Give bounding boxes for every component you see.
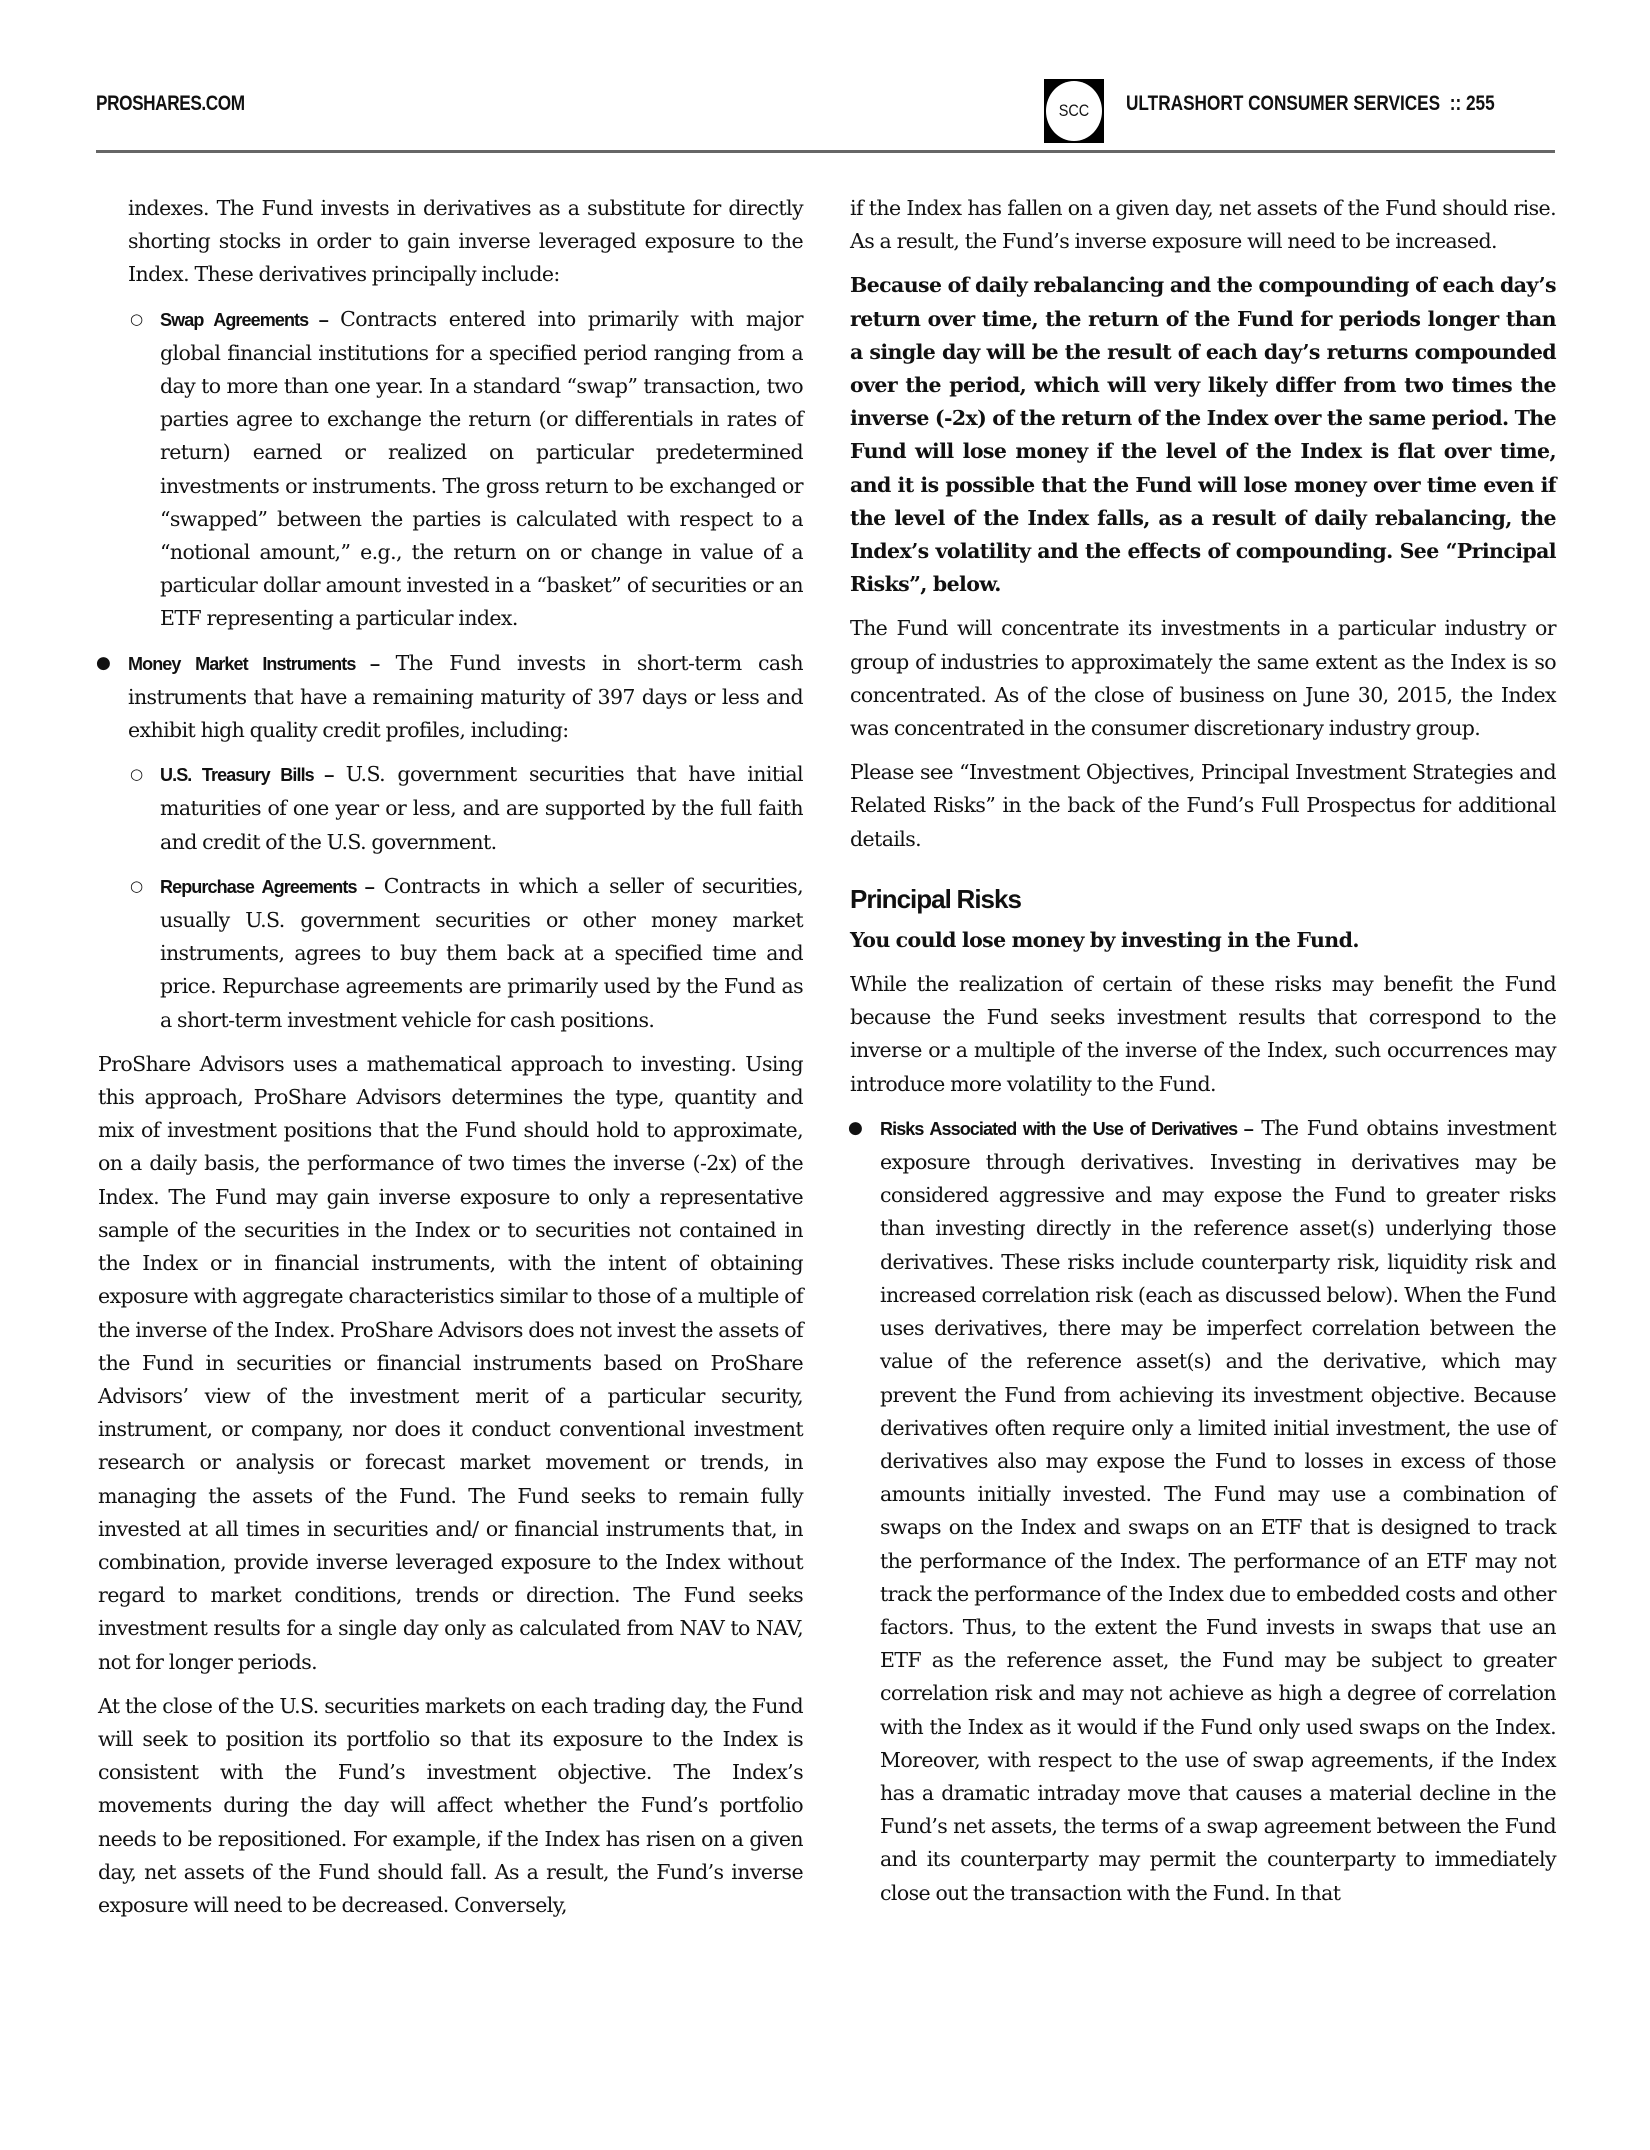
item-text: Contracts in which a seller of securitie… bbox=[160, 874, 803, 1032]
item-label: Money Market Instruments – bbox=[128, 654, 379, 674]
list-item-treasury-bills: ○ U.S. Treasury Bills – U.S. government … bbox=[98, 758, 803, 859]
header-divider bbox=[96, 150, 1555, 153]
compounding-warning: Because of daily rebalancing and the com… bbox=[850, 269, 1556, 601]
section-heading-principal-risks: Principal Risks bbox=[850, 882, 1556, 916]
advisors-paragraph: ProShare Advisors uses a mathematical ap… bbox=[98, 1048, 803, 1679]
item-label: Risks Associated with the Use of Derivat… bbox=[880, 1119, 1253, 1139]
ticker-label: SCC bbox=[1059, 101, 1090, 121]
hollow-bullet-icon: ○ bbox=[130, 758, 143, 791]
list-item-money-market: ● Money Market Instruments – The Fund in… bbox=[98, 647, 803, 748]
hollow-bullet-icon: ○ bbox=[130, 870, 143, 903]
item-text: The Fund obtains investment exposure thr… bbox=[880, 1116, 1556, 1905]
title-separator: :: bbox=[1450, 92, 1461, 115]
ticker-circle-icon: SCC bbox=[1046, 81, 1102, 141]
left-column: indexes. The Fund invests in derivatives… bbox=[98, 192, 803, 1933]
page-number: 255 bbox=[1466, 92, 1495, 115]
hollow-bullet-icon: ○ bbox=[130, 303, 143, 336]
risk-subheading: You could lose money by investing in the… bbox=[850, 924, 1556, 957]
concentration-paragraph: The Fund will concentrate its investment… bbox=[850, 612, 1556, 745]
right-column: if the Index has fallen on a given day, … bbox=[850, 192, 1556, 1921]
see-also-paragraph: Please see “Investment Objectives, Princ… bbox=[850, 756, 1556, 856]
continuation-paragraph: if the Index has fallen on a given day, … bbox=[850, 192, 1556, 258]
risks-intro-paragraph: While the realization of certain of thes… bbox=[850, 968, 1556, 1101]
fund-title: ULTRASHORT CONSUMER SERVICES bbox=[1126, 92, 1440, 115]
page-header-title: ULTRASHORT CONSUMER SERVICES :: 255 bbox=[1126, 92, 1495, 116]
intro-paragraph: indexes. The Fund invests in derivatives… bbox=[98, 192, 803, 292]
item-label: Swap Agreements – bbox=[160, 310, 328, 330]
list-item-swap-agreements: ○ Swap Agreements – Contracts entered in… bbox=[98, 303, 803, 636]
filled-bullet-icon: ● bbox=[96, 647, 110, 680]
item-label: U.S. Treasury Bills – bbox=[160, 765, 333, 785]
list-item-derivatives-risk: ● Risks Associated with the Use of Deriv… bbox=[850, 1112, 1556, 1910]
filled-bullet-icon: ● bbox=[848, 1112, 862, 1145]
site-name: PROSHARES.COM bbox=[96, 92, 245, 116]
fund-ticker-badge: SCC bbox=[1044, 79, 1104, 143]
market-close-paragraph: At the close of the U.S. securities mark… bbox=[98, 1690, 803, 1922]
item-label: Repurchase Agreements – bbox=[160, 877, 374, 897]
item-text: Contracts entered into primarily with ma… bbox=[160, 307, 803, 631]
list-item-repurchase-agreements: ○ Repurchase Agreements – Contracts in w… bbox=[98, 870, 803, 1037]
